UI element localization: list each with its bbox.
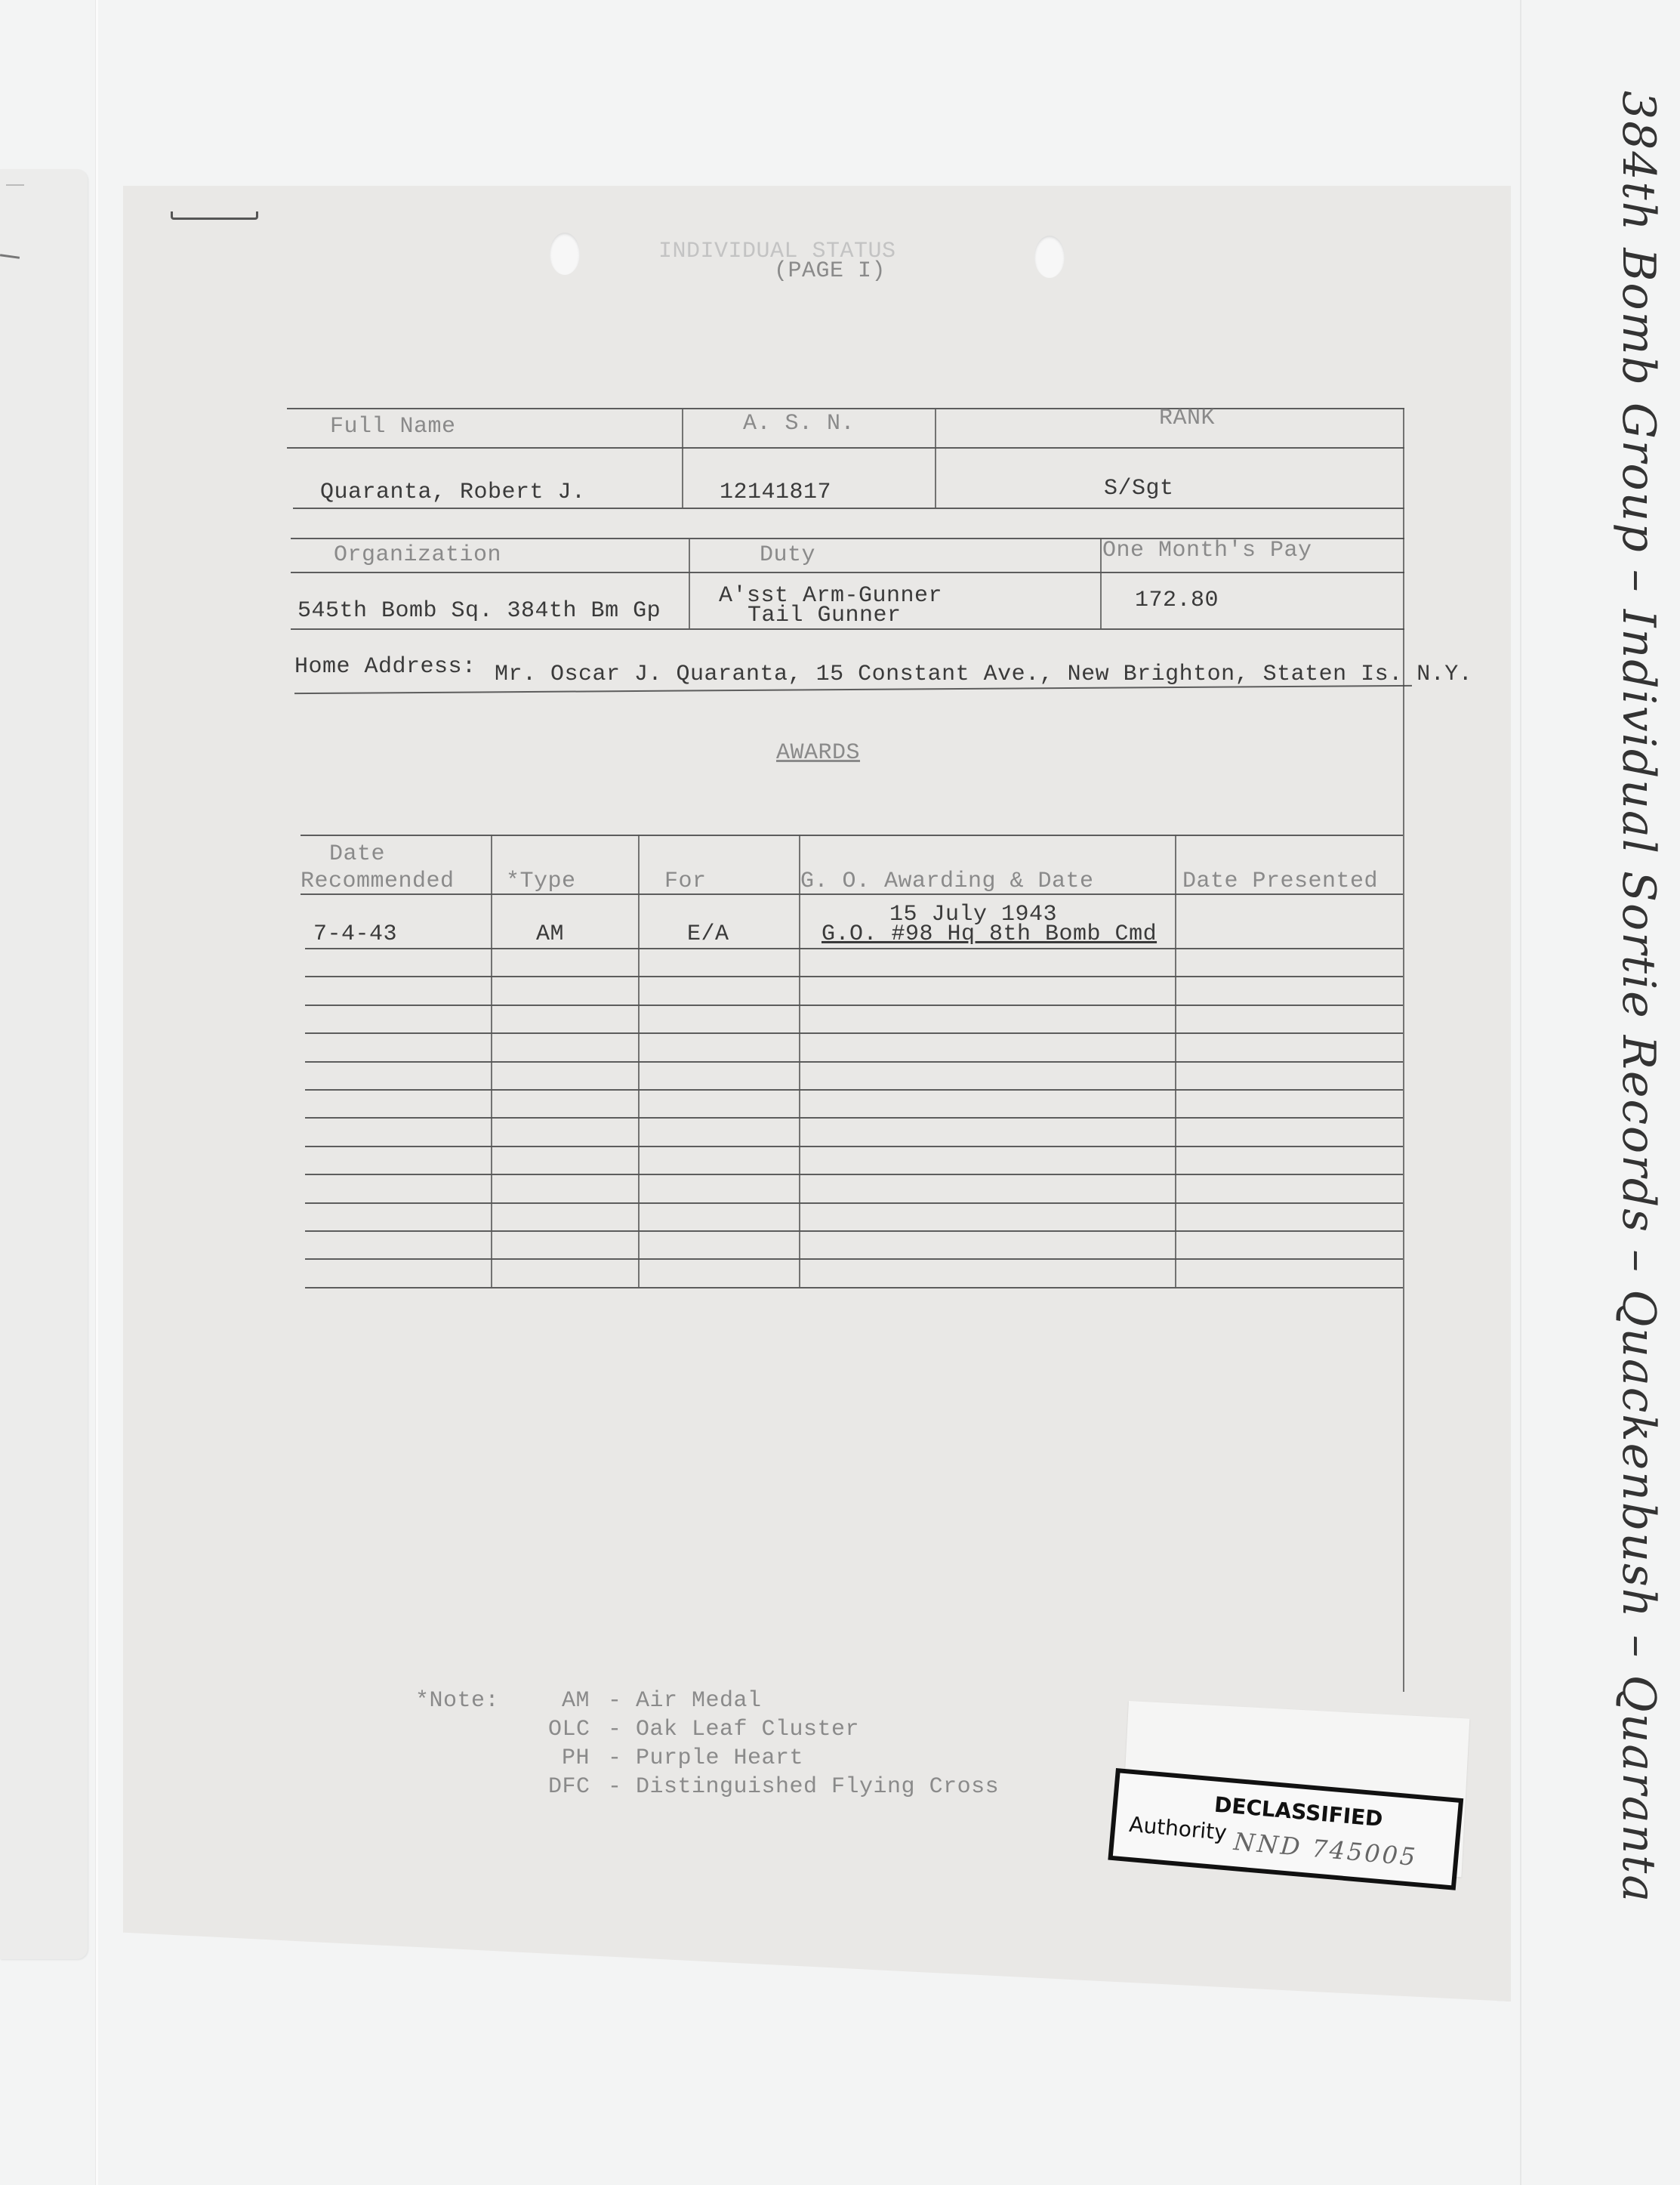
- stamp-authority-value: NND 745005: [1232, 1827, 1418, 1872]
- awards-table-divider: [799, 835, 800, 1287]
- column-header: Recommended: [301, 869, 455, 894]
- staple: [171, 211, 258, 220]
- note-code: PH: [562, 1745, 590, 1771]
- awards-table-rule: [305, 1174, 1403, 1175]
- awards-table-rule: [305, 1032, 1403, 1034]
- awards-table-rule: [301, 835, 1403, 836]
- awards-table-rule: [305, 1146, 1403, 1147]
- table-divider: [1100, 538, 1102, 628]
- award-date-recommended: 7-4-43: [313, 921, 397, 947]
- home-address-label: Home Address:: [294, 654, 476, 680]
- adjacent-document-edge: [0, 169, 88, 1959]
- duty-value-line2: Tail Gunner: [748, 603, 902, 628]
- organization-label: Organization: [334, 542, 501, 568]
- awards-table-rule: [305, 1230, 1403, 1232]
- rank-value: S/Sgt: [1104, 476, 1174, 502]
- rank-label: RANK: [1159, 406, 1215, 431]
- awards-table-rule: [305, 1287, 1403, 1288]
- background-crease-left: [95, 0, 98, 2185]
- table-rule: [291, 628, 1404, 630]
- table-rule: [291, 572, 1404, 573]
- awards-heading: AWARDS: [776, 740, 860, 766]
- page-label: (PAGE I): [774, 258, 886, 284]
- table-divider: [689, 539, 690, 628]
- home-address-value: Mr. Oscar J. Quaranta, 15 Constant Ave.,…: [495, 662, 1472, 687]
- stamp-title: DECLASSIFIED: [1213, 1792, 1384, 1832]
- awards-table-rule: [305, 1089, 1403, 1091]
- awards-table-divider: [491, 835, 492, 1287]
- awards-table-rule: [305, 1005, 1403, 1006]
- left-paper-mark: [6, 184, 24, 186]
- awards-table-rule: [305, 1117, 1403, 1119]
- award-for: E/A: [687, 921, 729, 947]
- awards-table-divider: [1175, 835, 1176, 1287]
- handwritten-margin-annotation: 384th Bomb Group – Individual Sortie Rec…: [1612, 91, 1665, 1903]
- awards-table-divider: [638, 835, 640, 1287]
- column-header: *Type: [506, 869, 576, 894]
- punch-hole-right: [1034, 236, 1065, 278]
- awards-table-rule: [305, 948, 1403, 949]
- table-rule: [287, 447, 1404, 449]
- column-header: For: [664, 869, 707, 894]
- note-meaning: - Oak Leaf Cluster: [608, 1717, 859, 1742]
- organization-value: 545th Bomb Sq. 384th Bm Gp: [297, 598, 661, 624]
- column-header-line1: Date: [329, 841, 385, 867]
- note-code: AM: [562, 1688, 590, 1714]
- column-header: Date Presented: [1182, 869, 1378, 894]
- background-crease-right: [1520, 0, 1521, 2185]
- table-right-border: [1403, 408, 1404, 1692]
- duty-label: Duty: [760, 542, 815, 568]
- awards-table-rule: [305, 976, 1403, 977]
- awards-table-rule: [305, 1061, 1403, 1063]
- award-type: AM: [536, 921, 564, 947]
- punch-hole-left: [550, 233, 580, 275]
- note-meaning: - Purple Heart: [608, 1745, 803, 1771]
- awards-table-rule: [305, 1202, 1403, 1204]
- asn-label: A. S. N.: [743, 411, 855, 437]
- table-divider: [682, 409, 683, 508]
- note-label: *Note:: [415, 1688, 499, 1714]
- award-go-order: G.O. #98 Hq 8th Bomb Cmd: [822, 921, 1157, 947]
- note-code: OLC: [548, 1717, 590, 1742]
- full-name-label: Full Name: [330, 414, 456, 440]
- note-meaning: - Distinguished Flying Cross: [608, 1774, 999, 1800]
- full-name-value: Quaranta, Robert J.: [320, 480, 586, 505]
- awards-table-rule: [305, 1258, 1403, 1260]
- asn-value: 12141817: [720, 480, 831, 505]
- column-header: G. O. Awarding & Date: [800, 869, 1094, 894]
- table-rule: [293, 508, 1404, 509]
- table-divider: [935, 409, 936, 508]
- note-meaning: - Air Medal: [608, 1688, 762, 1714]
- pay-label: One Month's Pay: [1102, 538, 1312, 563]
- table-rule: [287, 408, 1404, 409]
- note-code: DFC: [548, 1774, 590, 1800]
- pay-value: 172.80: [1135, 588, 1219, 613]
